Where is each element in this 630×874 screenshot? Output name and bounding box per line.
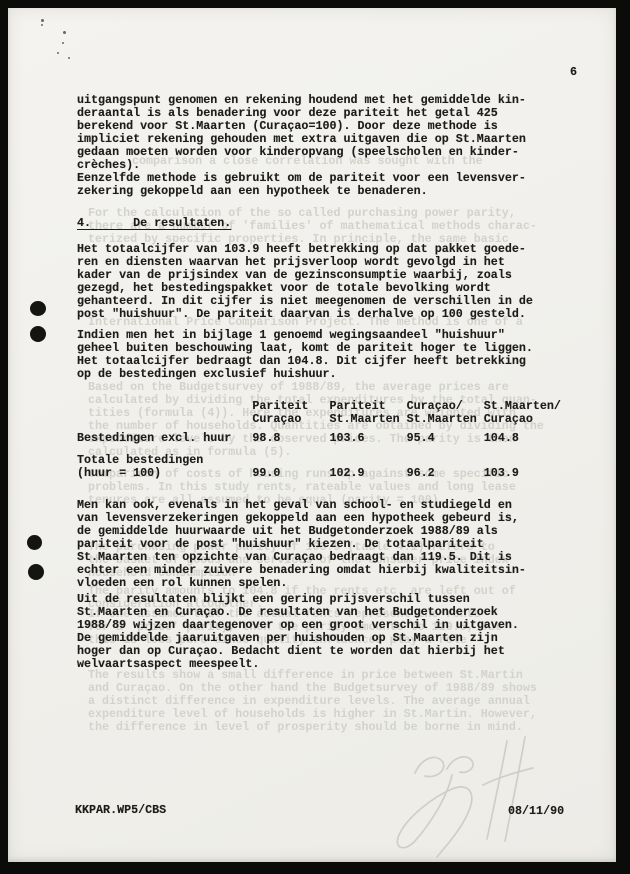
dust-speck bbox=[41, 19, 44, 22]
dust-speck bbox=[68, 57, 70, 59]
dust-speck bbox=[62, 42, 64, 44]
page-number: 6 bbox=[570, 66, 577, 79]
section-heading: 4. De resultaten. bbox=[77, 217, 231, 230]
paragraph-bijlage: Indien men het in bijlage 1 genoemd wegi… bbox=[77, 329, 533, 381]
signature-mark bbox=[355, 725, 575, 862]
table-row: Totale bestedingen (huur = 100) 99.0 102… bbox=[77, 454, 519, 480]
dust-speck bbox=[63, 31, 66, 34]
paragraph-huurwaarde: Men kan ook, evenals in het geval van sc… bbox=[77, 499, 526, 590]
paragraph-conclusie: Uit de resultaten blijkt een gering prij… bbox=[77, 593, 519, 671]
table-row: Bestedingen excl. huur 98.8 103.6 95.4 1… bbox=[77, 432, 519, 445]
paragraph-intro: uitgangspunt genomen en rekening houdend… bbox=[77, 94, 526, 198]
punch-hole-mark bbox=[28, 564, 44, 580]
punch-hole-mark bbox=[27, 535, 42, 550]
scanned-document: { "page": { "number": "6", "footer_left"… bbox=[0, 0, 630, 874]
dust-speck bbox=[57, 52, 59, 54]
punch-hole-mark bbox=[30, 326, 46, 342]
footer-date: 08/11/90 bbox=[508, 805, 564, 818]
dust-speck bbox=[41, 24, 43, 26]
punch-hole-mark bbox=[30, 301, 46, 316]
footer-doc-code: KKPAR.WP5/CBS bbox=[75, 804, 166, 817]
table-header: Pariteit Pariteit Curaçao/ St.Maarten/ C… bbox=[77, 400, 561, 426]
paper: comparison a close correlation was sough… bbox=[8, 8, 616, 862]
paragraph-totaalcijfer: Het totaalcijfer van 103.9 heeft betrekk… bbox=[77, 243, 533, 321]
